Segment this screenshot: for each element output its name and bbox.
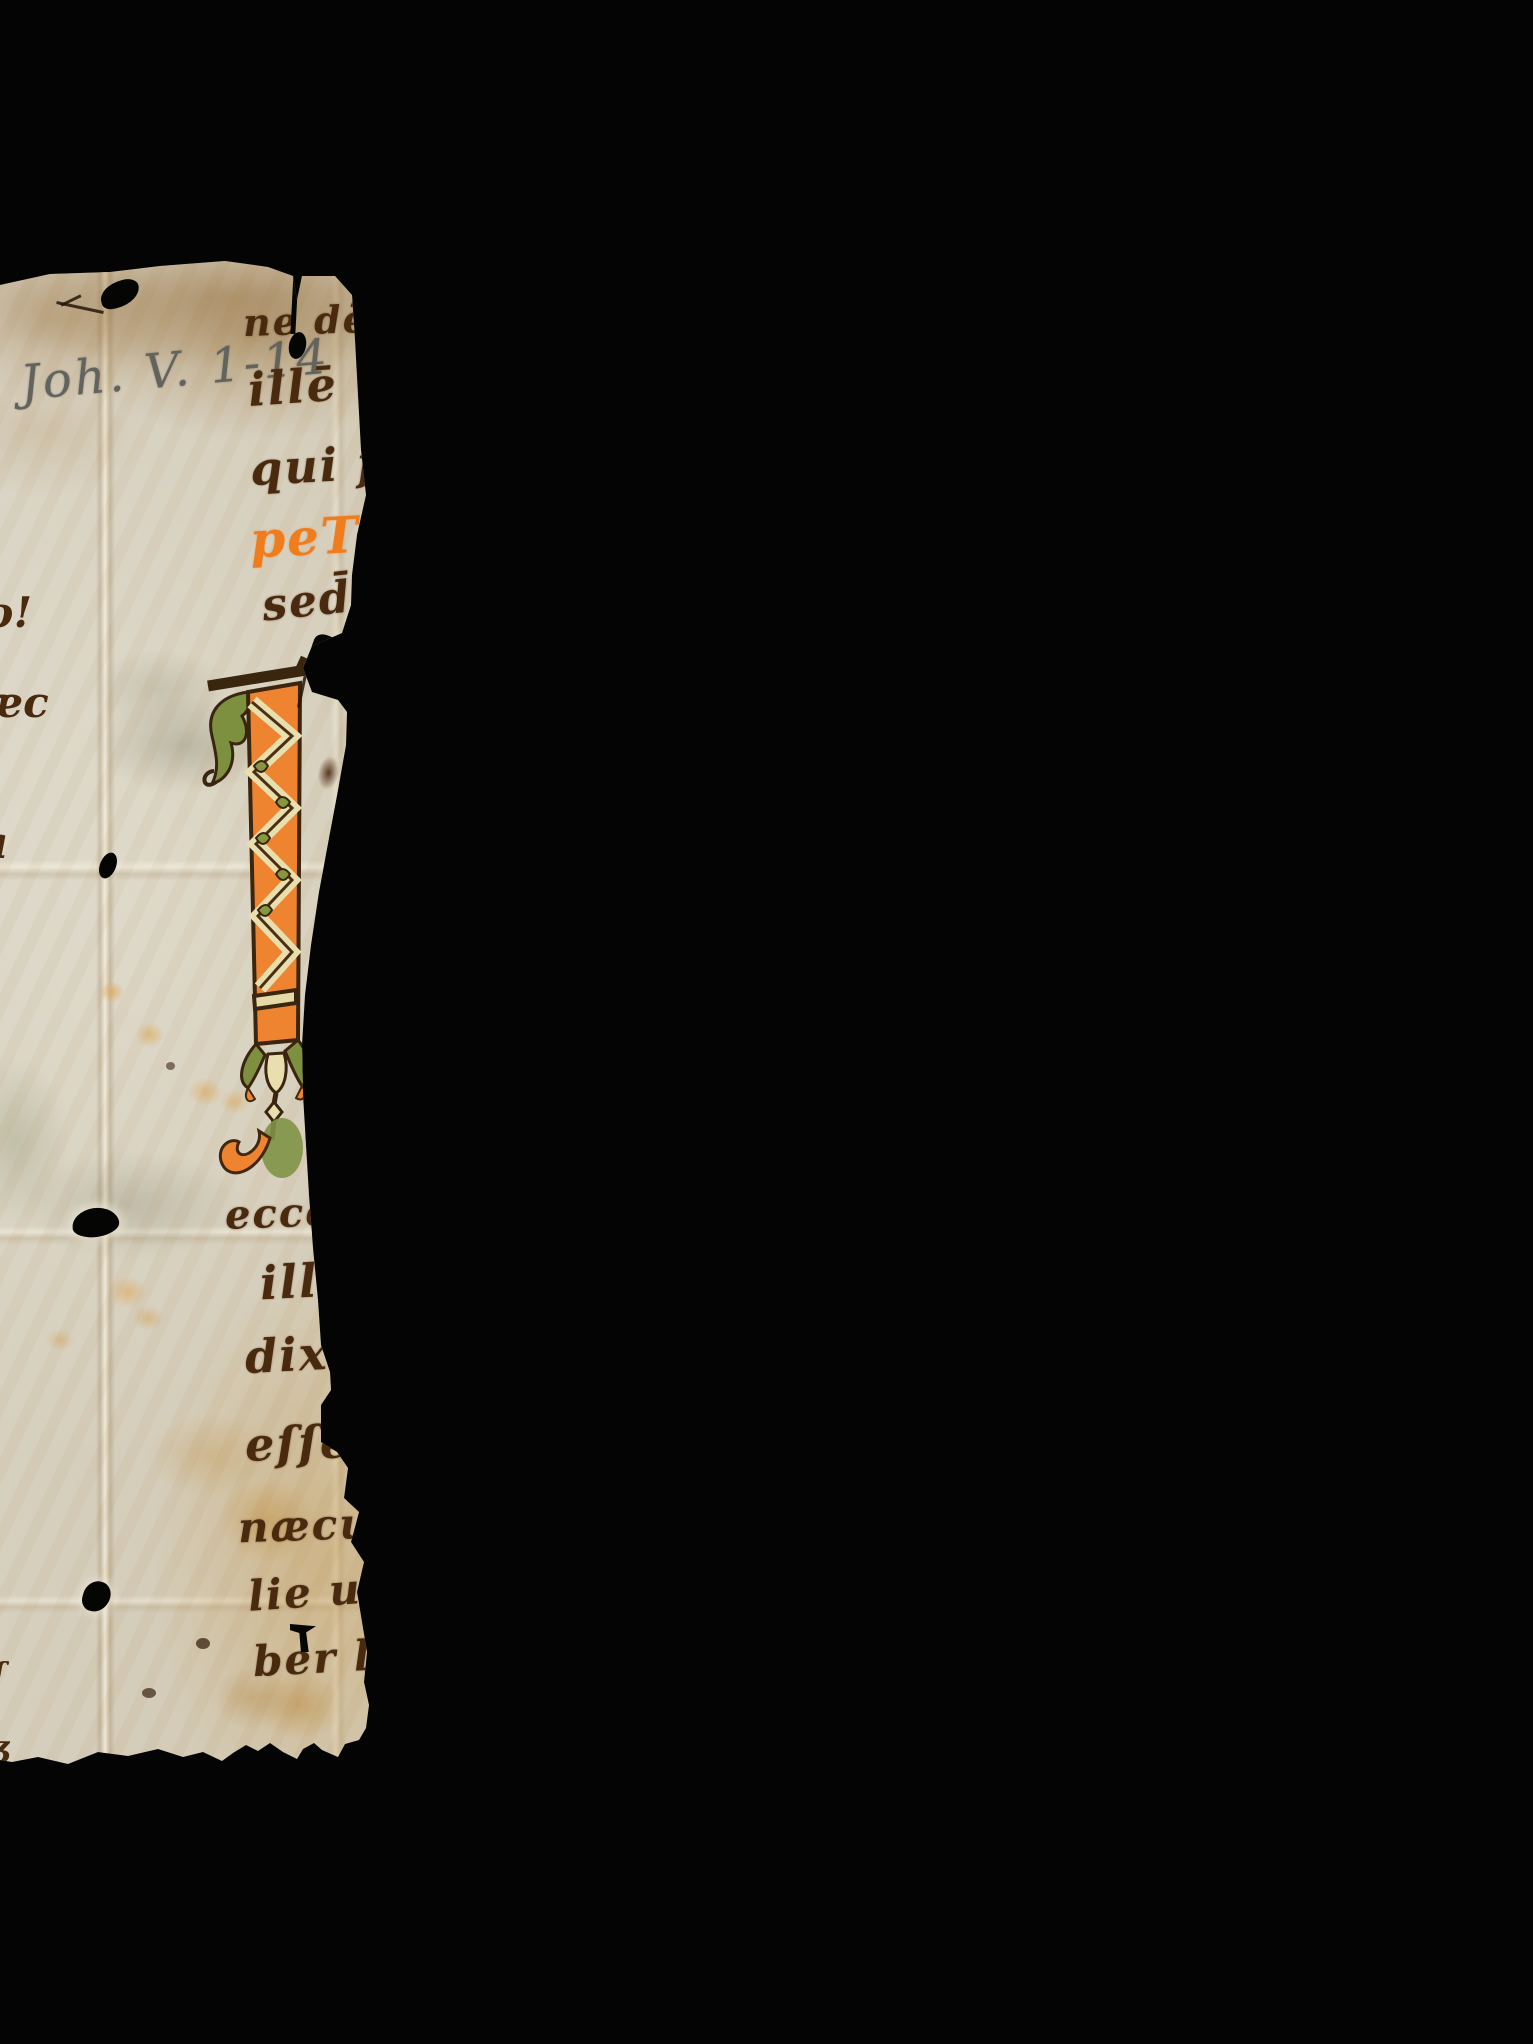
worm-hole <box>96 850 121 881</box>
dark-speck <box>142 1688 156 1698</box>
script-line: lie u <box>247 1568 363 1618</box>
script-line: illo <box>259 1256 352 1307</box>
script-line: næcu <box>237 1503 372 1550</box>
terminal-leaf-center <box>266 1053 286 1093</box>
script-line: ber l <box>252 1635 373 1683</box>
parchment-fragment: Joh. V. 1-14 ne dē illē h qui fe peTr se… <box>0 0 1533 2044</box>
script-line: sed̄ <box>260 575 354 628</box>
acanthus-leaf <box>211 692 250 784</box>
margin-mark: ʒ <box>0 1733 9 1763</box>
terminal-leaf-right <box>285 1040 309 1086</box>
script-line: dix <box>244 1330 329 1380</box>
initial-top-bar <box>208 658 306 686</box>
terminal-leaf-left <box>242 1044 265 1088</box>
illuminated-initial-I <box>190 640 320 1200</box>
worm-hole <box>70 1205 121 1240</box>
script-line: eſſe <box>244 1418 352 1468</box>
rubric-line: peTr <box>249 509 386 566</box>
script-line: qui fe <box>249 438 411 492</box>
margin-mark: ſ <box>0 1660 5 1690</box>
worm-hole <box>79 1578 113 1615</box>
tear-hole <box>97 277 142 312</box>
margin-mark: a <box>0 822 9 866</box>
dark-speck <box>196 1638 210 1649</box>
tear-hole <box>309 632 345 665</box>
photograph-stage: Joh. V. 1-14 ne dē illē h qui fe peTr se… <box>0 0 1533 2044</box>
script-line: illē h <box>247 357 393 413</box>
margin-mark: ɔ! <box>0 592 32 634</box>
terminal-curl <box>220 1131 270 1173</box>
script-line: ne dē <box>242 300 369 342</box>
dark-speck <box>166 1062 175 1070</box>
margin-mark: æc <box>0 682 49 724</box>
